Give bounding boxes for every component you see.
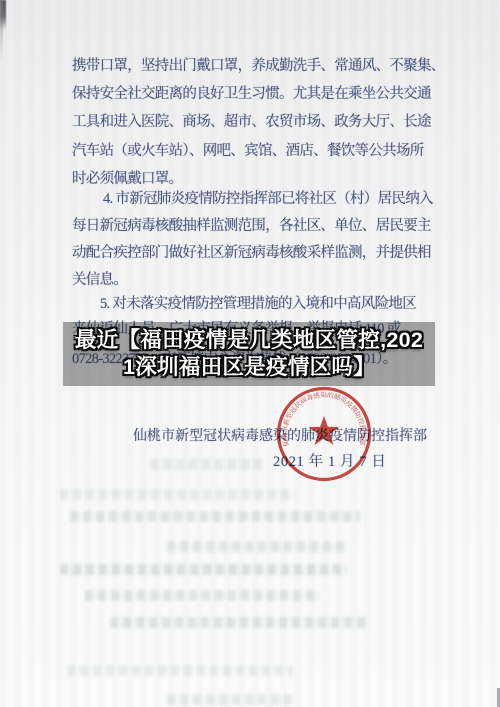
document-text-line: 4. 市新冠肺炎疫情防控指挥部已将社区（村）居民纳入 [103,187,433,208]
seal-star-icon [309,416,339,445]
document-text-line: 5. 对未落实疫情防控管理措施的入境和中高风险地区 [100,292,416,313]
ghost-line [70,511,360,522]
ghost-line [167,694,293,705]
document-text-line: 关信息。 [72,268,127,289]
official-seal: 仙桃市新型冠状病毒感染的肺炎疫情防控指挥部 [275,385,373,483]
ghost-line [85,590,320,601]
document-text-line: 动配合疾控部门做好社区新冠病毒核酸采样监测，并提供相 [72,241,431,262]
document-text-line: 每日新冠病毒核酸抽样监测范围，各社区、单位、居民要主 [72,214,431,235]
ghost-line [110,617,367,628]
ghost-line [150,459,265,470]
document-text-line: 时必须佩戴口罩。 [72,167,182,188]
document-text-line: 汽车站（或火车站）、网吧、宾馆、酒店、餐饮等公共场所 [72,139,424,160]
caption-overlay: 最近【福田疫情是几类地区管控,202 1深圳福田区是疫情区吗】 [63,322,435,386]
document-text-line: 保持安全社交距离的良好卫生习惯。尤其是在乘坐公共交通 [72,82,431,103]
document-text-line: 携带口罩，坚持出门戴口罩，养成勤洗手、常通风、不聚集、 [72,54,445,75]
ghost-line [67,665,293,676]
scanned-document-page: 携带口罩，坚持出门戴口罩，养成勤洗手、常通风、不聚集、 保持安全社交距离的良好卫… [0,0,500,707]
ghost-line [60,564,347,575]
scan-artifact-top-left-fade [0,0,3,62]
caption-title-line-2: 1深圳福田区是疫情区吗】 [123,354,375,382]
ghost-line [167,541,347,552]
document-text-line: 工具和进入医院、商场、超市、农贸市场、政务大厅、长途 [72,110,431,131]
ghost-line [60,489,295,500]
caption-title-line-1: 最近【福田疫情是几类地区管控,202 [75,327,423,355]
